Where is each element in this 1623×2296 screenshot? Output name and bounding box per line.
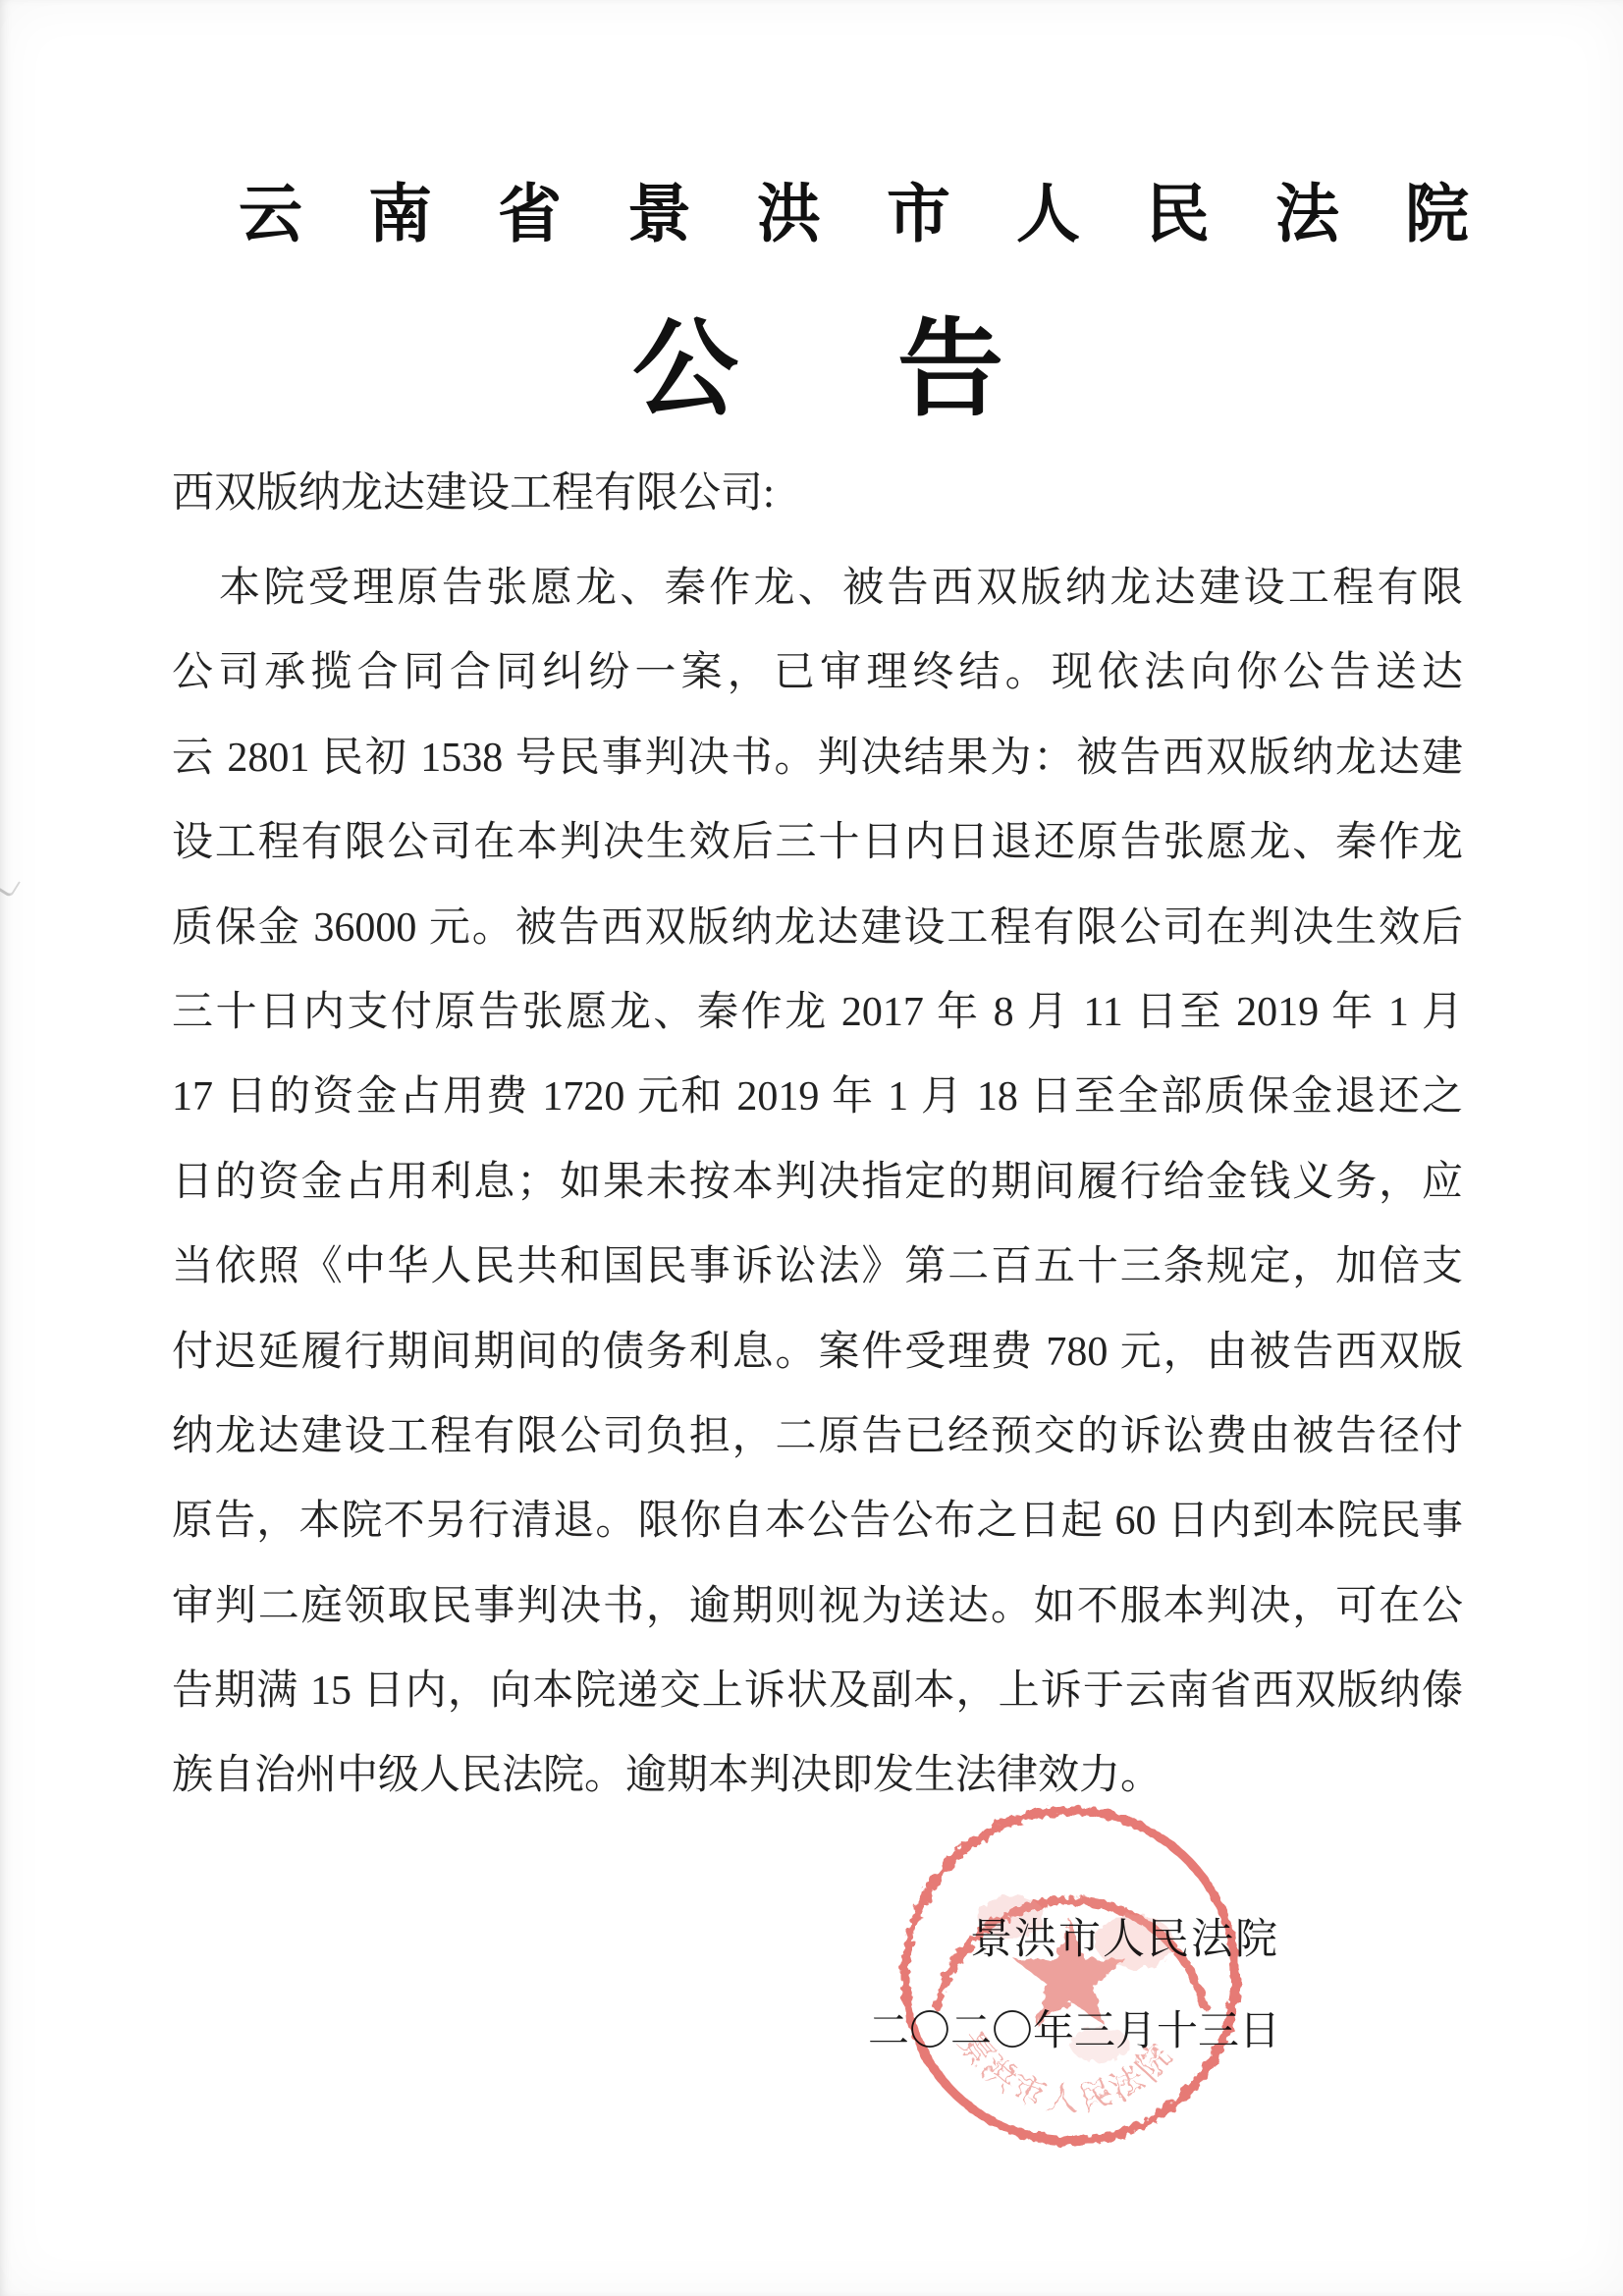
court-seal-stamp-icon: 景洪市人民法院 [893,1799,1247,2153]
scan-artifact [0,874,21,898]
document-page: 云南省景洪市人民法院 公告 西双版纳龙达建设工程有限公司: 本院受理原告张愿龙、… [0,0,1623,2296]
body-line-1: 本院受理原告张愿龙、秦作龙、被告西双版纳龙达建设工程有限 [172,546,1463,630]
body-line-7: 17 日的资金占用费 1720 元和 2019 年 1 月 18 日至全部质保金… [172,1055,1463,1139]
body-line-9: 当依照《中华人民共和国民事诉讼法》第二百五十三条规定，加倍支 [172,1225,1463,1309]
body-line-11: 纳龙达建设工程有限公司负担，二原告已经预交的诉讼费由被告径付 [172,1394,1463,1479]
body-line-10: 付迟延履行期间期间的债务利息。案件受理费 780 元，由被告西双版 [172,1310,1463,1394]
signature-court-name: 景洪市人民法院 [970,1917,1279,1963]
body-line-12: 原告，本院不另行清退。限你自本公告公布之日起 60 日内到本院民事 [172,1479,1463,1563]
court-title: 云南省景洪市人民法院 [239,184,1535,247]
body-text: 本院受理原告张愿龙、秦作龙、被告西双版纳龙达建设工程有限公司承揽合同合同纠纷一案… [172,546,1463,1819]
notice-heading: 公告 [632,318,1163,424]
document-date: 二〇二〇年三月十三日 [868,2009,1280,2054]
body-line-5: 质保金 36000 元。被告西双版纳龙达建设工程有限公司在判决生效后 [172,886,1463,970]
body-line-14: 告期满 15 日内，向本院递交上诉状及副本，上诉于云南省西双版纳傣 [172,1649,1463,1733]
body-line-8: 日的资金占用利息；如果未按本判决指定的期间履行给金钱义务，应 [172,1140,1463,1225]
addressee-line: 西双版纳龙达建设工程有限公司: [172,469,775,519]
body-line-3: 云 2801 民初 1538 号民事判决书。判决结果为：被告西双版纳龙达建 [172,716,1463,800]
body-line-15: 族自治州中级人民法院。逾期本判决即发生法律效力。 [172,1733,1463,1818]
body-line-6: 三十日内支付原告张愿龙、秦作龙 2017 年 8 月 11 日至 2019 年 … [172,970,1463,1055]
seal-outer-ring [905,1811,1235,2141]
body-line-13: 审判二庭领取民事判决书，逾期则视为送达。如不服本判决，可在公 [172,1564,1463,1649]
body-line-2: 公司承揽合同合同纠纷一案，已审理终结。现依法向你公告送达（2019） [172,630,1463,715]
body-line-4: 设工程有限公司在本判决生效后三十日内日退还原告张愿龙、秦作龙 [172,800,1463,885]
